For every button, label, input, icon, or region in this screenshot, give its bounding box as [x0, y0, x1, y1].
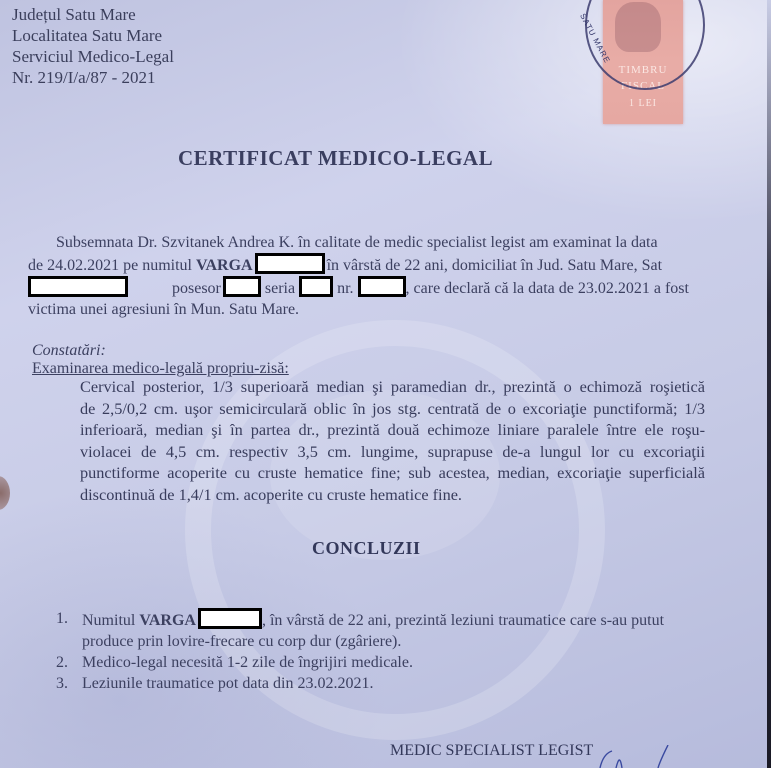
conclusion-text: Numitul — [82, 612, 139, 629]
findings-line: violacei de 4,5 cm. respectiv 3,5 cm. lu… — [80, 441, 705, 463]
header-service: Serviciul Medico-Legal — [12, 46, 174, 67]
stamp-value: 1 LEI — [603, 98, 683, 109]
conclusion-text: Leziunile traumatice pot data din 23.02.… — [82, 673, 373, 694]
findings-line: de 2,5/0,2 cm. uşor semicirculară oblic … — [80, 398, 705, 420]
intro-line-1: Subsemnata Dr. Szvitanek Andrea K. în ca… — [28, 232, 708, 253]
conclusion-item-1: 1. Numitul VARGA, în vârstă de 22 ani, p… — [56, 608, 664, 631]
findings-header: Constatări: Examinarea medico-legală pro… — [32, 342, 289, 378]
redacted-id-series — [299, 276, 333, 297]
item-number: 2. — [56, 652, 82, 673]
header-county: Județul Satu Mare — [12, 4, 174, 25]
patient-surname: VARGA — [139, 612, 196, 629]
findings-line: inferioară, median şi în partea dr., pre… — [80, 419, 705, 441]
intro-text: posesor — [168, 280, 221, 297]
intro-text: seria — [261, 280, 295, 297]
redacted-first-name — [198, 608, 262, 629]
document-title: CERTIFICAT MEDICO-LEGAL — [178, 146, 493, 171]
redacted-id-type — [223, 276, 261, 297]
intro-text: nr. — [333, 280, 353, 297]
findings-line: discontinuă de 1,4/1 cm. acoperite cu cr… — [80, 484, 705, 506]
page-edge-shadow — [767, 0, 771, 768]
redacted-id-number — [358, 276, 406, 297]
intro-text: în vârstă de 22 ani, domiciliat în Jud. … — [327, 257, 663, 274]
intro-paragraph: Subsemnata Dr. Szvitanek Andrea K. în ca… — [28, 232, 708, 320]
conclusion-item-1-continuation: produce prin lovire-frecare cu corp dur … — [56, 631, 664, 652]
conclusion-item-3: 3. Leziunile traumatice pot data din 23.… — [56, 673, 664, 694]
intro-line-4: victima unei agresiuni în Mun. Satu Mare… — [28, 299, 708, 320]
intro-line-2: de 24.02.2021 pe numitul VARGAîn vârstă … — [28, 253, 708, 276]
handwritten-signature-icon — [540, 745, 700, 768]
findings-line: punctiforme acoperite cu cruste hematice… — [80, 462, 705, 484]
intro-text: , care declară că la data de 23.02.2021 … — [406, 280, 689, 297]
intro-text: de 24.02.2021 pe numitul — [28, 257, 196, 274]
header-locality: Localitatea Satu Mare — [12, 25, 174, 46]
item-number: 1. — [56, 608, 82, 631]
conclusions-heading: CONCLUZII — [312, 538, 421, 559]
redacted-village — [28, 276, 128, 297]
header-registration-number: Nr. 219/I/a/87 - 2021 — [12, 67, 174, 88]
conclusion-item-2: 2. Medico-legal necesită 1-2 zile de îng… — [56, 652, 664, 673]
issuer-header: Județul Satu Mare Localitatea Satu Mare … — [12, 4, 174, 88]
conclusion-text: Medico-legal necesită 1-2 zile de îngrij… — [82, 652, 413, 673]
findings-heading: Constatări: — [32, 342, 289, 360]
findings-line: Cervical posterior, 1/3 superioară media… — [80, 376, 705, 398]
patient-surname: VARGA — [196, 257, 253, 274]
conclusions-list: 1. Numitul VARGA, în vârstă de 22 ani, p… — [56, 608, 664, 694]
redacted-first-name — [255, 253, 325, 274]
conclusion-text: , în vârstă de 22 ani, prezintă leziuni … — [262, 612, 664, 629]
findings-text: Cervical posterior, 1/3 superioară media… — [80, 376, 705, 506]
item-number: 3. — [56, 673, 82, 694]
intro-line-3: posesor seria nr., care declară că la da… — [28, 276, 708, 299]
